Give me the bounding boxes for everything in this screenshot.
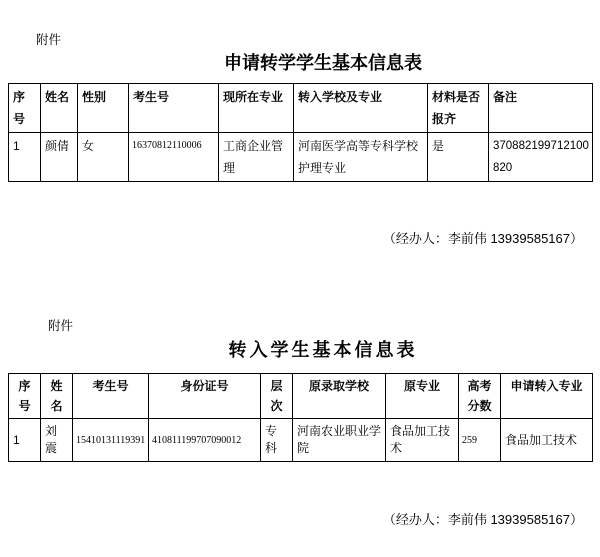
col-header-gender: 性别 [78,84,129,133]
table-header-row: 序号 姓名 考生号 身份证号 层次 原录取学校 原专业 高考分数 申请转入专业 [9,374,593,419]
transfer-in-table: 序号 姓名 考生号 身份证号 层次 原录取学校 原专业 高考分数 申请转入专业 … [8,373,593,462]
handler-note: （经办人：李前伟 13939585167） [0,512,600,528]
cell-name: 刘震 [41,419,73,462]
col-header-name: 姓名 [41,374,73,419]
table-title: 转入学生基本信息表 [0,340,600,360]
col-header-level: 层次 [261,374,293,419]
cell-current-major: 工商企业管理 [219,133,294,182]
handler-note: （经办人：李前伟 13939585167） [0,231,600,247]
cell-original-school: 河南农业职业学院 [293,419,386,462]
cell-index: 1 [9,133,41,182]
table-title: 申请转学学生基本信息表 [0,53,600,73]
col-header-materials-complete: 材料是否报齐 [428,84,489,133]
col-header-name: 姓名 [41,84,78,133]
col-header-candidate-no: 考生号 [73,374,149,419]
cell-materials-complete: 是 [428,133,489,182]
col-header-remarks: 备注 [489,84,593,133]
col-header-target-school-major: 转入学校及专业 [294,84,428,133]
cell-id-no: 410811199707090012 [149,419,261,462]
col-header-original-major: 原专业 [386,374,459,419]
cell-gaokao-score: 259 [459,419,501,462]
col-header-index: 序号 [9,374,41,419]
col-header-original-school: 原录取学校 [293,374,386,419]
cell-applied-major: 食品加工技术 [501,419,593,462]
cell-level: 专科 [261,419,293,462]
table-header-row: 序号 姓名 性别 考生号 现所在专业 转入学校及专业 材料是否报齐 备注 [9,84,593,133]
col-header-index: 序号 [9,84,41,133]
table-row: 1 刘震 15410131119391 410811199707090012 专… [9,419,593,462]
cell-name: 颜倩 [41,133,78,182]
cell-target-school-major: 河南医学高等专科学校护理专业 [294,133,428,182]
cell-candidate-no: 16370812110006 [129,133,219,182]
col-header-applied-major: 申请转入专业 [501,374,593,419]
col-header-gaokao-score: 高考分数 [459,374,501,419]
attachment-label: 附件 [36,33,600,47]
table-row: 1 颜倩 女 16370812110006 工商企业管理 河南医学高等专科学校护… [9,133,593,182]
cell-remarks: 370882199712100820 [489,133,593,182]
col-header-id-no: 身份证号 [149,374,261,419]
col-header-candidate-no: 考生号 [129,84,219,133]
col-header-current-major: 现所在专业 [219,84,294,133]
cell-index: 1 [9,419,41,462]
cell-gender: 女 [78,133,129,182]
cell-candidate-no: 15410131119391 [73,419,149,462]
attachment-label: 附件 [48,319,600,333]
transfer-application-table: 序号 姓名 性别 考生号 现所在专业 转入学校及专业 材料是否报齐 备注 1 颜… [8,83,593,182]
cell-original-major: 食品加工技术 [386,419,459,462]
